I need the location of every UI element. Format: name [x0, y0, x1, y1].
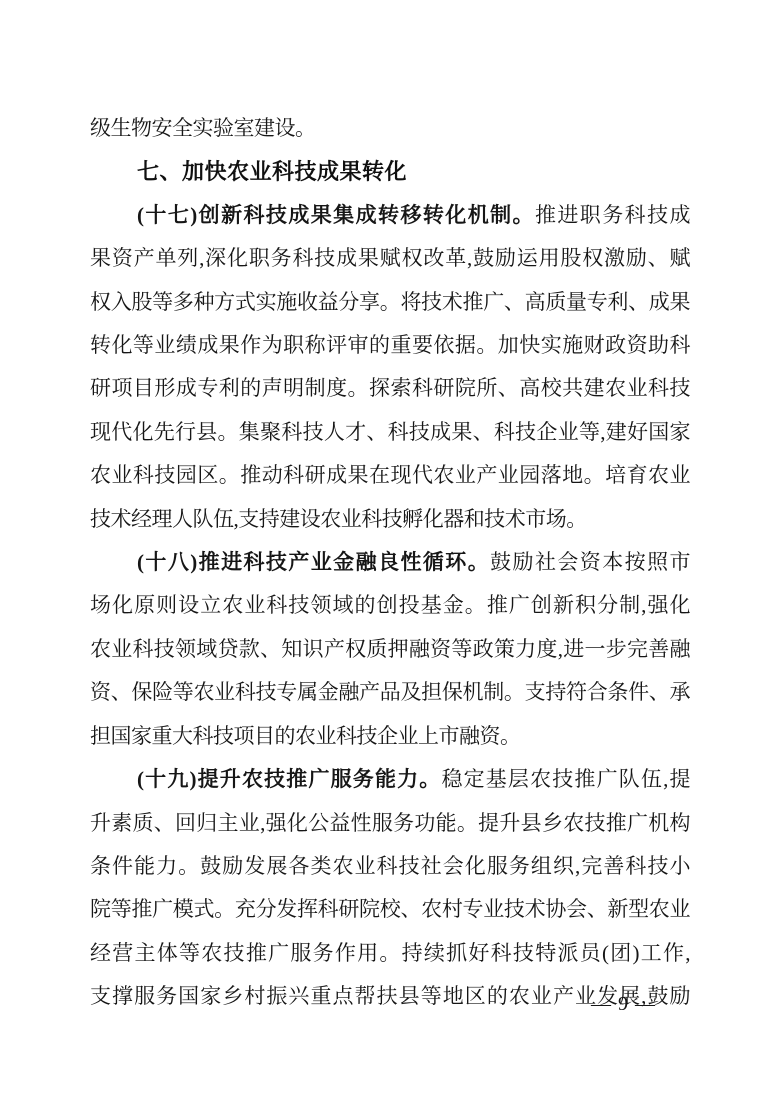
- text-line: 转化等业绩成果作为职称评审的重要依据。加快实施财政资助科: [90, 324, 690, 367]
- body-text: 资、保险等农业科技专属金融产品及担保机制。支持符合条件、承: [90, 680, 690, 704]
- body-text: 升素质、回归主业,强化公益性服务功能。提升县乡农技推广机构: [90, 811, 690, 835]
- text-line: (十九)提升农技推广服务能力。稳定基层农技推广队伍,提: [90, 758, 690, 801]
- text-line: 场化原则设立农业科技领域的创投基金。推广创新积分制,强化: [90, 584, 690, 627]
- text-line: (十七)创新科技成果集成转移转化机制。推进职务科技成: [90, 194, 690, 237]
- section-heading-text: 七、加快农业科技成果转化: [137, 159, 407, 184]
- text-line: 级生物安全实验室建设。: [90, 107, 690, 150]
- body-text: 权入股等多种方式实施收益分享。将技术推广、高质量专利、成果: [90, 290, 690, 314]
- body-text: 研项目形成专利的声明制度。探索科研院所、高校共建农业科技: [90, 376, 690, 400]
- text-line: 农业科技园区。推动科研成果在现代农业产业园落地。培育农业: [90, 454, 690, 497]
- text-line: 资、保险等农业科技专属金融产品及担保机制。支持符合条件、承: [90, 671, 690, 714]
- body-text: 条件能力。鼓励发展各类农业科技社会化服务组织,完善科技小: [90, 854, 690, 878]
- body-text: 现代化先行县。集聚科技人才、科技成果、科技企业等,建好国家: [90, 420, 690, 444]
- text-line: 果资产单列,深化职务科技成果赋权改革,鼓励运用股权激励、赋: [90, 237, 690, 280]
- body-text: 场化原则设立农业科技领域的创投基金。推广创新积分制,强化: [90, 593, 690, 617]
- text-line: 院等推广模式。充分发挥科研院校、农村专业技术协会、新型农业: [90, 888, 690, 931]
- body-text: 果资产单列,深化职务科技成果赋权改革,鼓励运用股权激励、赋: [90, 246, 690, 270]
- body-text: 技术经理人队伍,支持建设农业科技孵化器和技术市场。: [90, 507, 587, 531]
- document-page: 级生物安全实验室建设。 七、加快农业科技成果转化 (十七)创新科技成果集成转移转…: [0, 0, 778, 1099]
- text-line: 担国家重大科技项目的农业科技企业上市融资。: [90, 715, 690, 758]
- page-number: — 9 —: [0, 992, 656, 1016]
- text-line: 农业科技领域贷款、知识产权质押融资等政策力度,进一步完善融: [90, 628, 690, 671]
- paragraph-lead: (十七)创新科技成果集成转移转化机制。: [137, 203, 535, 227]
- text-line: (十八)推进科技产业金融良性循环。鼓励社会资本按照市: [90, 541, 690, 584]
- body-text: 担国家重大科技项目的农业科技企业上市融资。: [90, 724, 521, 748]
- text-line: 研项目形成专利的声明制度。探索科研院所、高校共建农业科技: [90, 367, 690, 410]
- body-text: 经营主体等农技推广服务作用。持续抓好科技特派员(团)工作,: [90, 941, 690, 965]
- body-text: 推进职务科技成: [535, 203, 690, 227]
- paragraph-lead: (十九)提升农技推广服务能力。: [137, 767, 441, 791]
- text-line: 经营主体等农技推广服务作用。持续抓好科技特派员(团)工作,: [90, 932, 690, 975]
- text-line: 技术经理人队伍,支持建设农业科技孵化器和技术市场。: [90, 498, 690, 541]
- text-line: 权入股等多种方式实施收益分享。将技术推广、高质量专利、成果: [90, 281, 690, 324]
- document-body: 级生物安全实验室建设。 七、加快农业科技成果转化 (十七)创新科技成果集成转移转…: [90, 107, 690, 1019]
- paragraph-lead: (十八)推进科技产业金融良性循环。: [137, 550, 490, 574]
- body-text: 院等推广模式。充分发挥科研院校、农村专业技术协会、新型农业: [90, 897, 690, 921]
- body-text: 级生物安全实验室建设。: [90, 116, 316, 140]
- text-line: 条件能力。鼓励发展各类农业科技社会化服务组织,完善科技小: [90, 845, 690, 888]
- body-text: 稳定基层农技推广队伍,提: [441, 767, 690, 791]
- body-text: 农业科技领域贷款、知识产权质押融资等政策力度,进一步完善融: [90, 637, 690, 661]
- body-text: 农业科技园区。推动科研成果在现代农业产业园落地。培育农业: [90, 463, 690, 487]
- text-line: 升素质、回归主业,强化公益性服务功能。提升县乡农技推广机构: [90, 802, 690, 845]
- body-text: 转化等业绩成果作为职称评审的重要依据。加快实施财政资助科: [90, 333, 690, 357]
- body-text: 鼓励社会资本按照市: [490, 550, 690, 574]
- section-heading: 七、加快农业科技成果转化: [90, 150, 690, 193]
- text-line: 现代化先行县。集聚科技人才、科技成果、科技企业等,建好国家: [90, 411, 690, 454]
